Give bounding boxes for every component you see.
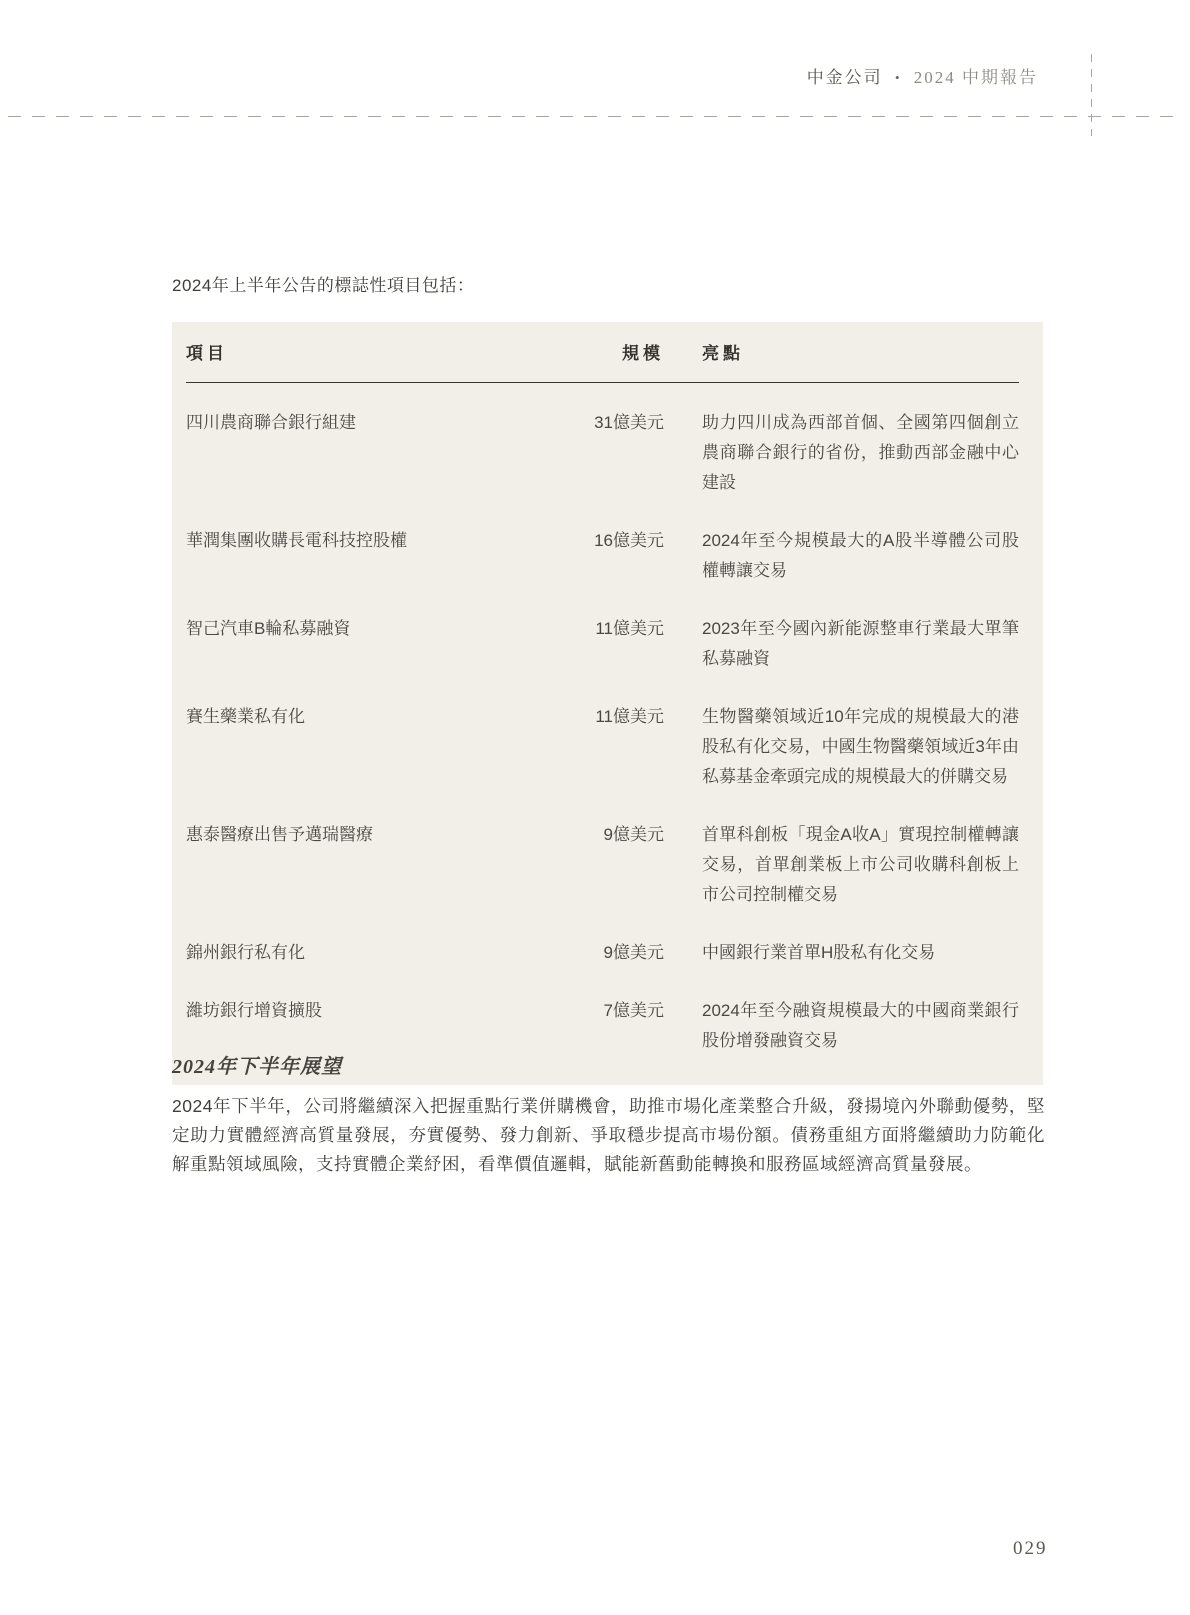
deal-size: 9億美元 xyxy=(576,938,664,968)
deal-size: 11億美元 xyxy=(576,702,664,732)
deal-size: 9億美元 xyxy=(576,820,664,850)
deal-name: 賽生藥業私有化 xyxy=(186,702,576,732)
deal-size: 16億美元 xyxy=(576,526,664,556)
report-title: 2024 中期報告 xyxy=(914,68,1038,87)
deal-highlight: 2023年至今國內新能源整車行業最大單筆私募融資 xyxy=(664,614,1019,674)
outlook-paragraph: 2024年下半年，公司將繼續深入把握重點行業併購機會，助推市場化產業整合升級，發… xyxy=(172,1092,1045,1179)
column-header-highlight: 亮點 xyxy=(664,339,1019,369)
column-header-size: 規模 xyxy=(576,339,664,369)
deal-name: 惠泰醫療出售予邁瑞醫療 xyxy=(186,820,576,850)
column-header-item: 項目 xyxy=(186,339,576,369)
table-row: 賽生藥業私有化 11億美元 生物醫藥領域近10年完成的規模最大的港股私有化交易，… xyxy=(186,677,1019,795)
bullet-separator-icon: • xyxy=(889,70,908,85)
table-header-row: 項目 規模 亮點 xyxy=(186,322,1019,383)
deal-highlight: 生物醫藥領域近10年完成的規模最大的港股私有化交易，中國生物醫藥領域近3年由私募… xyxy=(664,702,1019,792)
deal-highlight: 2024年至今規模最大的A股半導體公司股權轉讓交易 xyxy=(664,526,1019,586)
company-name: 中金公司 xyxy=(807,68,883,87)
page-number: 029 xyxy=(1013,1538,1048,1560)
deal-highlight: 2024年至今融資規模最大的中國商業銀行股份增發融資交易 xyxy=(664,996,1019,1056)
deal-size: 31億美元 xyxy=(576,408,664,438)
vertical-dashed-divider xyxy=(1091,54,1092,136)
deal-highlight: 助力四川成為西部首個、全國第四個創立農商聯合銀行的省份，推動西部金融中心建設 xyxy=(664,408,1019,498)
outlook-section-heading: 2024年下半年展望 xyxy=(172,1050,342,1079)
table-row: 智己汽車B輪私募融資 11億美元 2023年至今國內新能源整車行業最大單筆私募融… xyxy=(186,589,1019,677)
deal-highlight: 中國銀行業首單H股私有化交易 xyxy=(664,938,1019,968)
deal-name: 濰坊銀行增資擴股 xyxy=(186,996,576,1026)
report-header: 中金公司 • 2024 中期報告 xyxy=(807,63,1038,88)
table-row: 濰坊銀行增資擴股 7億美元 2024年至今融資規模最大的中國商業銀行股份增發融資… xyxy=(186,971,1019,1059)
table-row: 華潤集團收購長電科技控股權 16億美元 2024年至今規模最大的A股半導體公司股… xyxy=(186,501,1019,589)
table-row: 四川農商聯合銀行組建 31億美元 助力四川成為西部首個、全國第四個創立農商聯合銀… xyxy=(186,383,1019,501)
intro-text: 2024年上半年公告的標誌性項目包括： xyxy=(172,271,1043,296)
table-row: 錦州銀行私有化 9億美元 中國銀行業首單H股私有化交易 xyxy=(186,913,1019,971)
deal-name: 智己汽車B輪私募融資 xyxy=(186,614,576,644)
horizontal-dashed-divider xyxy=(8,116,1182,117)
deal-size: 11億美元 xyxy=(576,614,664,644)
table-row: 惠泰醫療出售予邁瑞醫療 9億美元 首單科創板「現金A收A」實現控制權轉讓交易，首… xyxy=(186,795,1019,913)
deal-name: 錦州銀行私有化 xyxy=(186,938,576,968)
deal-name: 華潤集團收購長電科技控股權 xyxy=(186,526,576,556)
landmark-deals-table: 項目 規模 亮點 四川農商聯合銀行組建 31億美元 助力四川成為西部首個、全國第… xyxy=(172,322,1043,1085)
deal-size: 7億美元 xyxy=(576,996,664,1026)
deal-name: 四川農商聯合銀行組建 xyxy=(186,408,576,438)
deal-highlight: 首單科創板「現金A收A」實現控制權轉讓交易，首單創業板上市公司收購科創板上市公司… xyxy=(664,820,1019,910)
